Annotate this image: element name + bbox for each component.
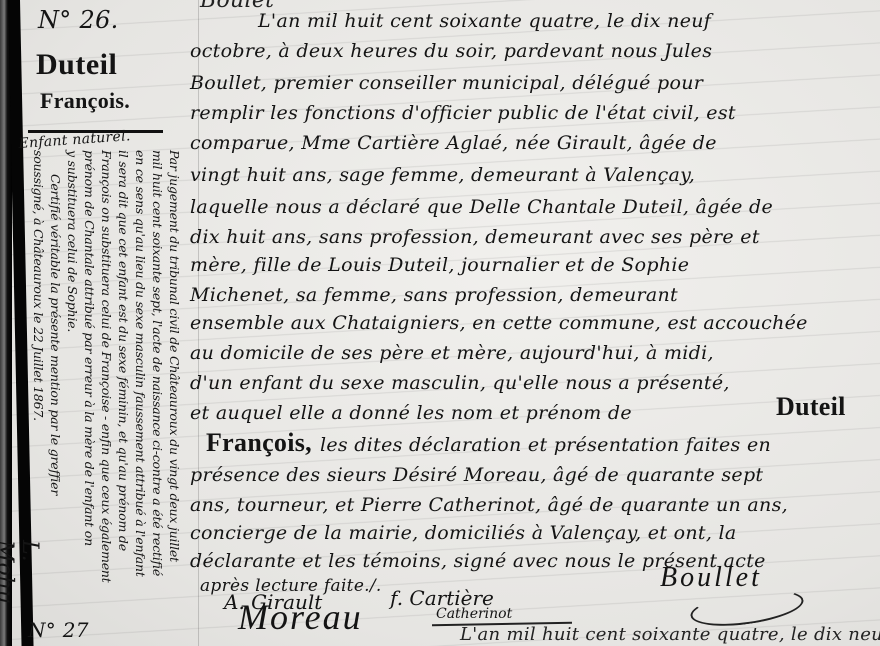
body-line: mère, fille de Louis Duteil, journalier … [190, 254, 689, 276]
marginal-note-line: Certifié véritable la présente mention p… [48, 174, 63, 495]
body-line: ans, tourneur, et Pierre Catherinot, âgé… [190, 494, 788, 516]
marginal-rectification-note: Par jugement du tribunal civil de Châtea… [12, 150, 182, 620]
body-line: L'an mil huit cent soixante quatre, le d… [258, 10, 711, 32]
body-line: au domicile de ses père et mère, aujourd… [190, 342, 714, 364]
body-line: Michenet, sa femme, sans profession, dem… [190, 284, 678, 306]
marginal-note-line: soussigné, à Châteauroux le 22 Juillet 1… [31, 150, 46, 421]
body-line: octobre, à deux heures du soir, pardevan… [190, 40, 712, 62]
officer-signature-boullet: Boullet [660, 562, 762, 594]
marginal-note-line: y substituera celui de Sophie. [65, 150, 80, 332]
body-line: et auquel elle a donné les nom et prénom… [190, 402, 632, 424]
body-line: laquelle nous a déclaré que Delle Chanta… [190, 196, 773, 218]
marginal-note-line: François on substituera celui de Françoi… [99, 150, 114, 583]
margin-given-name: François. [40, 88, 130, 114]
witness-signature-moreau: Moreau [238, 596, 363, 638]
next-entry-number: N° 27 [28, 618, 89, 642]
clerk-signature: L. Mohu [0, 540, 42, 620]
marginal-note-line: il sera dit que cet enfant est du sexe f… [116, 150, 131, 551]
body-line: Boullet, premier conseiller municipal, d… [190, 72, 703, 94]
body-line: ensemble aux Chataigniers, en cette comm… [190, 312, 808, 334]
body-line: les dites déclaration et présentation fa… [320, 434, 771, 456]
body-line: comparue, Mme Cartière Aglaé, née Giraul… [190, 132, 717, 154]
entry-number: N° 26. [38, 6, 119, 34]
marginal-note-line: Par jugement du tribunal civil de Châtea… [167, 150, 182, 562]
body-line: présence des sieurs Désiré Moreau, âgé d… [190, 464, 763, 486]
body-line: remplir les fonctions d'officier public … [190, 102, 736, 124]
inline-surname: Duteil [776, 392, 846, 422]
marginal-note-line: prénom de Chantale attribué par erreur à… [82, 150, 97, 546]
body-line: vingt huit ans, sage femme, demeurant à … [190, 164, 695, 186]
inline-given-name: François, [206, 428, 312, 458]
witness-signature-catherinot: Catherinot [436, 606, 512, 622]
next-entry-fragment: L'an mil huit cent soixante quatre, le d… [460, 624, 880, 645]
body-line: d'un enfant du sexe masculin, qu'elle no… [190, 372, 730, 394]
body-line: concierge de la mairie, domiciliés à Val… [190, 522, 737, 544]
marginal-note-line: en ce sens qu'au lieu du sexe masculin f… [133, 150, 148, 577]
scanned-register-page: N° 26. Duteil François. Enfant naturel. … [0, 0, 880, 646]
marginal-note-line: mil huit cent soixante sept, l'acte de n… [150, 150, 165, 576]
body-line: dix huit ans, sans profession, demeurant… [190, 226, 760, 248]
margin-surname: Duteil [36, 48, 117, 82]
